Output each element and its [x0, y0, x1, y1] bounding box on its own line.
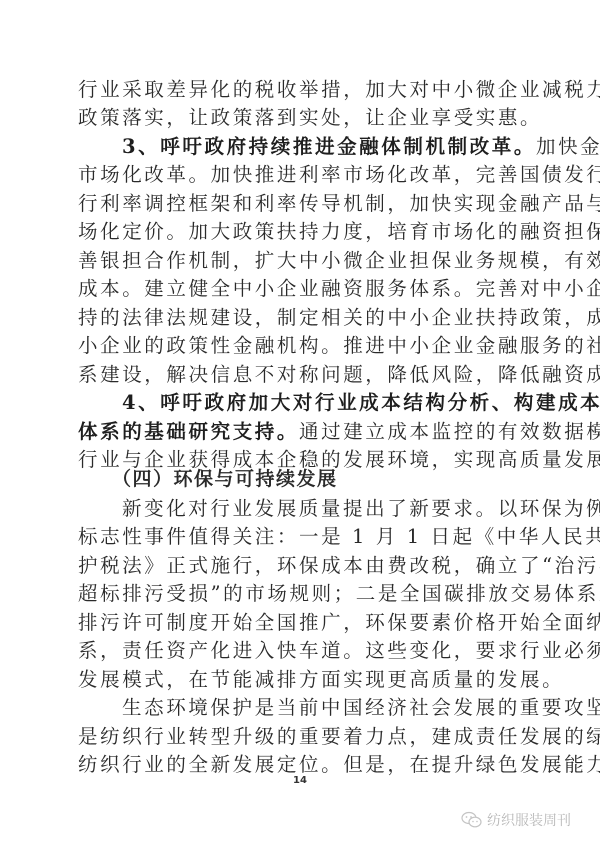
- document-page: 行业采取差异化的税收举措，加大对中小微企业减税力度，狠抓 政策落实，让政策落到实…: [0, 0, 600, 848]
- text-line: 发展模式，在节能减排方面实现更高质量的发展。: [78, 666, 526, 694]
- watermark-text: 纺织服装周刊: [487, 810, 571, 830]
- text-line: 善银担合作机制，扩大中小微企业担保业务规模，有效降低融资: [78, 247, 526, 275]
- text-line: 护税法》正式施行，环保成本由费改税，确立了“治污减排受益、: [78, 552, 526, 580]
- text-line: 行业采取差异化的税收举措，加大对中小微企业减税力度，狠抓: [78, 76, 526, 104]
- text-line: 持的法律法规建设，制定相关的中小企业扶持政策，成立支持中: [78, 304, 526, 332]
- text-line: 小企业的政策性金融机构。推进中小企业金融服务的社会征信体: [78, 332, 526, 360]
- text-line: 是纺织行业转型升级的重要着力点，建成责任发展的绿色产业是: [78, 723, 526, 751]
- wechat-icon: [461, 811, 483, 829]
- text-line: 生态环境保护是当前中国经济社会发展的重要攻坚任务，也: [122, 694, 526, 722]
- text-run: 加快金融体系的: [536, 135, 600, 158]
- text-line: 新变化对行业发展质量提出了新要求。以环保为例，有两个: [122, 495, 526, 523]
- text-line: 排污许可制度开始全国推广，环保要素价格开始全面纳入生产体: [78, 609, 526, 637]
- page-number: 14: [0, 775, 600, 786]
- text-line: 行利率调控框架和利率传导机制，加快实现金融产品与服务的市: [78, 190, 526, 218]
- text-line: 4、呼吁政府加大对行业成本结构分析、构建成本风险预警: [122, 389, 526, 417]
- text-line: 3、呼吁政府持续推进金融体制机制改革。加快金融体系的: [122, 133, 526, 161]
- text-line: 系建设，解决信息不对称问题，降低风险，降低融资成本。: [78, 361, 526, 389]
- bold-lead: 4、呼吁政府加大对行业成本结构分析、构建成本风险预警: [122, 391, 600, 414]
- watermark: 纺织服装周刊: [461, 806, 571, 834]
- bold-lead: 体系的基础研究支持。: [78, 420, 299, 443]
- bold-lead: 3、呼吁政府持续推进金融体制机制改革。: [122, 135, 536, 158]
- text-line: 场化定价。加大政策扶持力度，培育市场化的融资担保机制，完: [78, 218, 526, 246]
- section-heading: （四）环保与可持续发展: [112, 465, 560, 493]
- text-line: 超标排污受损”的市场规则；二是全国碳排放交易体系正式启动、: [78, 580, 526, 608]
- text-line: 系，责任资产化进入快车道。这些变化，要求行业必须转变原有: [78, 637, 526, 665]
- text-line: 标志性事件值得关注：一是 1 月 1 日起《中华人民共和国环境保: [78, 523, 526, 551]
- text-line: 市场化改革。加快推进利率市场化改革，完善国债发行，完善央: [78, 161, 526, 189]
- text-run: 通过建立成本监控的有效数据模型，助力: [299, 420, 600, 443]
- text-line: 体系的基础研究支持。通过建立成本监控的有效数据模型，助力: [78, 418, 526, 446]
- text-line: 成本。建立健全中小企业融资服务体系。完善对中小企业融资支: [78, 275, 526, 303]
- text-line: 政策落实，让政策落到实处，让企业享受实惠。: [78, 104, 526, 132]
